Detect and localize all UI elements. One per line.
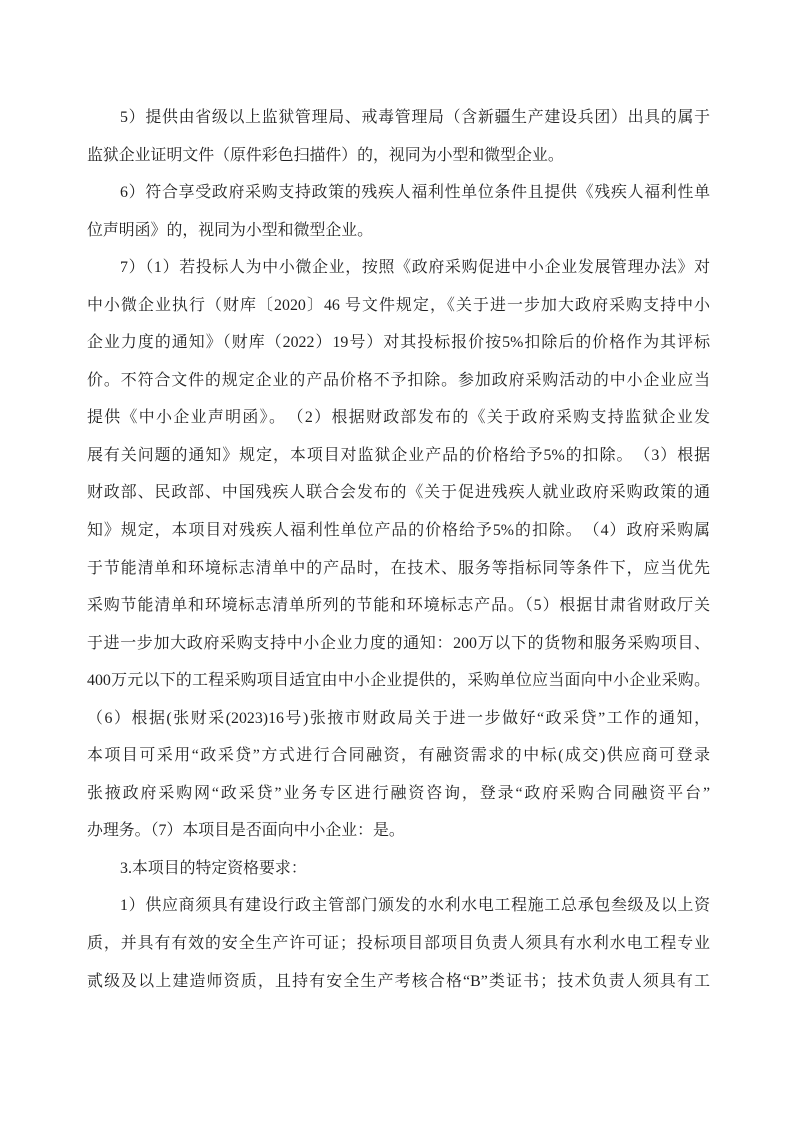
document-text-line: 6）符合享受政府采购支持政策的残疾人福利性单位条件且提供《残疾人福利性单 — [87, 174, 710, 212]
document-text-line: 本项目可采用“政采贷”方式进行合同融资，有融资需求的中标(成交)供应商可登录 — [87, 737, 710, 775]
document-text-line: 张掖政府采购网“政采贷”业务专区进行融资咨询，登录“政府采购合同融资平台” — [87, 775, 710, 813]
document-text-line: 展有关问题的通知》规定，本项目对监狱企业产品的价格给予5%的扣除。 （3）根据 — [87, 437, 710, 475]
document-text-line: 7）（1）若投标人为中小微企业，按照《政府采购促进中小企业发展管理办法》对 — [87, 249, 710, 287]
document-text-line: （6）根据(张财采(2023)16号)张掖市财政局关于进一步做好“政采贷”工作的… — [87, 700, 710, 738]
document-text-line: 提供《中小企业声明函》。 （2）根据财政部发布的《关于政府采购支持监狱企业发 — [87, 399, 710, 437]
document-text-line: 1）供应商须具有建设行政主管部门颁发的水利水电工程施工总承包叁级及以上资 — [87, 887, 710, 925]
document-text-line: 400万元以下的工程采购项目适宜由中小企业提供的，采购单位应当面向中小企业采购。 — [87, 662, 710, 700]
document-text-line: 于节能清单和环境标志清单中的产品时，在技术、服务等指标同等条件下，应当优先 — [87, 550, 710, 588]
document-text-line: 采购节能清单和环境标志清单所列的节能和环境标志产品。（5）根据甘肃省财政厅关 — [87, 587, 710, 625]
document-text-line: 3.本项目的特定资格要求： — [87, 850, 710, 888]
document-text-line: 质，并具有有效的安全生产许可证；投标项目部项目负责人须具有水利水电工程专业 — [87, 925, 710, 963]
document-body: 5）提供由省级以上监狱管理局、戒毒管理局（含新疆生产建设兵团）出具的属于监狱企业… — [87, 99, 710, 1000]
document-text-line: 位声明函》的，视同为小型和微型企业。 — [87, 212, 710, 250]
document-text-line: 企业力度的通知》（财库（2022）19号）对其投标报价按5%扣除后的价格作为其评… — [87, 324, 710, 362]
document-text-line: 5）提供由省级以上监狱管理局、戒毒管理局（含新疆生产建设兵团）出具的属于 — [87, 99, 710, 137]
document-page: 5）提供由省级以上监狱管理局、戒毒管理局（含新疆生产建设兵团）出具的属于监狱企业… — [0, 0, 793, 1122]
document-text-line: 知》规定，本项目对残疾人福利性单位产品的价格给予5%的扣除。 （4）政府采购属 — [87, 512, 710, 550]
document-text-line: 中小微企业执行（财库〔2020〕46 号文件规定，《关于进一步加大政府采购支持中… — [87, 287, 710, 325]
document-text-line: 价。不符合文件的规定企业的产品价格不予扣除。参加政府采购活动的中小企业应当 — [87, 362, 710, 400]
document-text-line: 办理务。（7）本项目是否面向中小企业：是。 — [87, 812, 710, 850]
document-text-line: 贰级及以上建造师资质，且持有安全生产考核合格“B”类证书；技术负责人须具有工 — [87, 963, 710, 1001]
document-text-line: 于进一步加大政府采购支持中小企业力度的通知：200万以下的货物和服务采购项目、 — [87, 625, 710, 663]
document-text-line: 财政部、民政部、中国残疾人联合会发布的《关于促进残疾人就业政府采购政策的通 — [87, 474, 710, 512]
document-text-line: 监狱企业证明文件（原件彩色扫描件）的，视同为小型和微型企业。 — [87, 137, 710, 175]
